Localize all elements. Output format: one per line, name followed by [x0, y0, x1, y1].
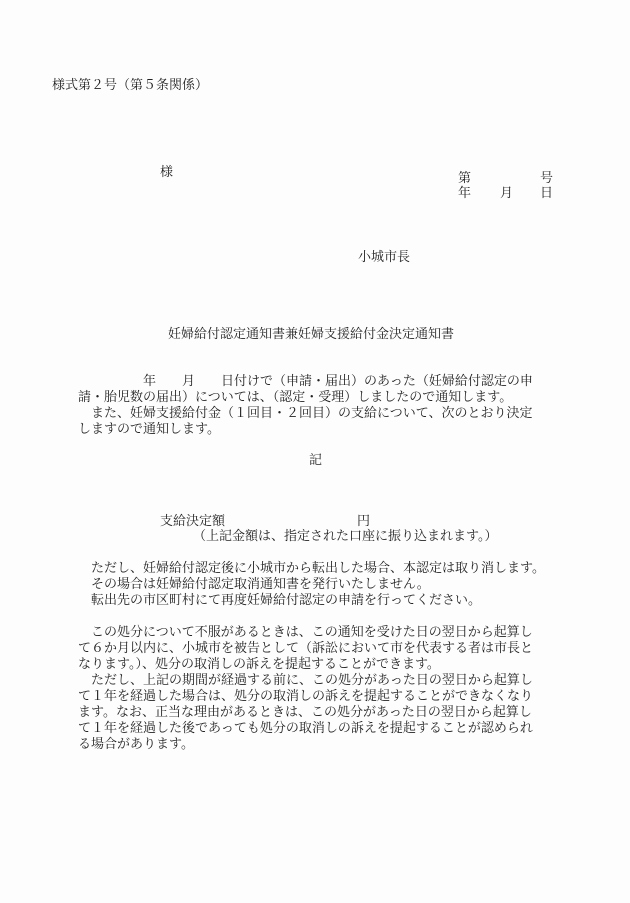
- form-label: 様式第２号（第５条関係）: [52, 78, 208, 93]
- document-number-suffix: 号: [540, 171, 553, 186]
- intro-line: また、妊婦支援給付金（１回目・２回目）の支給について、次のとおり決定: [78, 406, 578, 422]
- appeal-line: て１年を経過した後であっても処分の取消しの訴えを提起することが認められ: [78, 721, 578, 737]
- notice-line: その場合は妊婦給付認定取消通知書を発行いたしません。: [78, 577, 578, 593]
- intro-line: しますので通知します。: [78, 422, 578, 438]
- document-title: 妊婦給付認定通知書兼妊婦支援給付金決定通知書: [168, 327, 454, 342]
- appeal-line: この処分について不服があるときは、この通知を受けた日の翌日から起算し: [78, 625, 578, 641]
- cancellation-notice: ただし、妊婦給付認定後に小城市から転出した場合、本認定は取り消します。 その場合…: [78, 561, 578, 609]
- issuer: 小城市長: [358, 250, 410, 265]
- appeal-line: なります。）、処分の取消しの訴えを提起することができます。: [78, 657, 578, 673]
- date-year: 年: [458, 186, 471, 201]
- payment-amount-label: 支給決定額: [160, 514, 225, 529]
- addressee-honorific: 様: [160, 165, 173, 180]
- date-month: 月: [500, 186, 513, 201]
- intro-line: 年 月 日付けで（申請・届出）のあった（妊婦給付認定の申: [78, 374, 578, 390]
- issue-date: 年 月 日: [458, 186, 553, 201]
- intro-paragraph: 年 月 日付けで（申請・届出）のあった（妊婦給付認定の申 請・胎児数の届出）につ…: [78, 374, 578, 438]
- payment-note: （上記金額は、指定された口座に振り込まれます。）: [193, 529, 497, 544]
- document-number: 第 号: [458, 171, 553, 186]
- appeal-line: る場合があります。: [78, 737, 578, 753]
- appeal-notice: この処分について不服があるときは、この通知を受けた日の翌日から起算し て６か月以…: [78, 625, 578, 753]
- document-number-prefix: 第: [458, 171, 471, 186]
- appeal-line: て１年を経過した場合は、処分の取消しの訴えを提起することができなくなり: [78, 689, 578, 705]
- notice-line: ただし、妊婦給付認定後に小城市から転出した場合、本認定は取り消します。: [78, 561, 578, 577]
- appeal-line: て６か月以内に、小城市を被告として（訴訟において市を代表する者は市長と: [78, 641, 578, 657]
- appeal-line: ます。なお、正当な理由があるときは、この処分があった日の翌日から起算し: [78, 705, 578, 721]
- appeal-line: ただし、上記の期間が経過する前に、この処分があった日の翌日から起算し: [78, 673, 578, 689]
- payment-amount-unit: 円: [357, 514, 370, 529]
- intro-line: 請・胎児数の届出）については、（認定・受理）しましたので通知します。: [78, 390, 578, 406]
- notice-line: 転出先の市区町村にて再度妊婦給付認定の申請を行ってください。: [78, 593, 578, 609]
- date-day: 日: [540, 186, 553, 201]
- document-number-date-block: 第 号 年 月 日: [458, 171, 553, 201]
- ki-heading: 記: [309, 453, 322, 468]
